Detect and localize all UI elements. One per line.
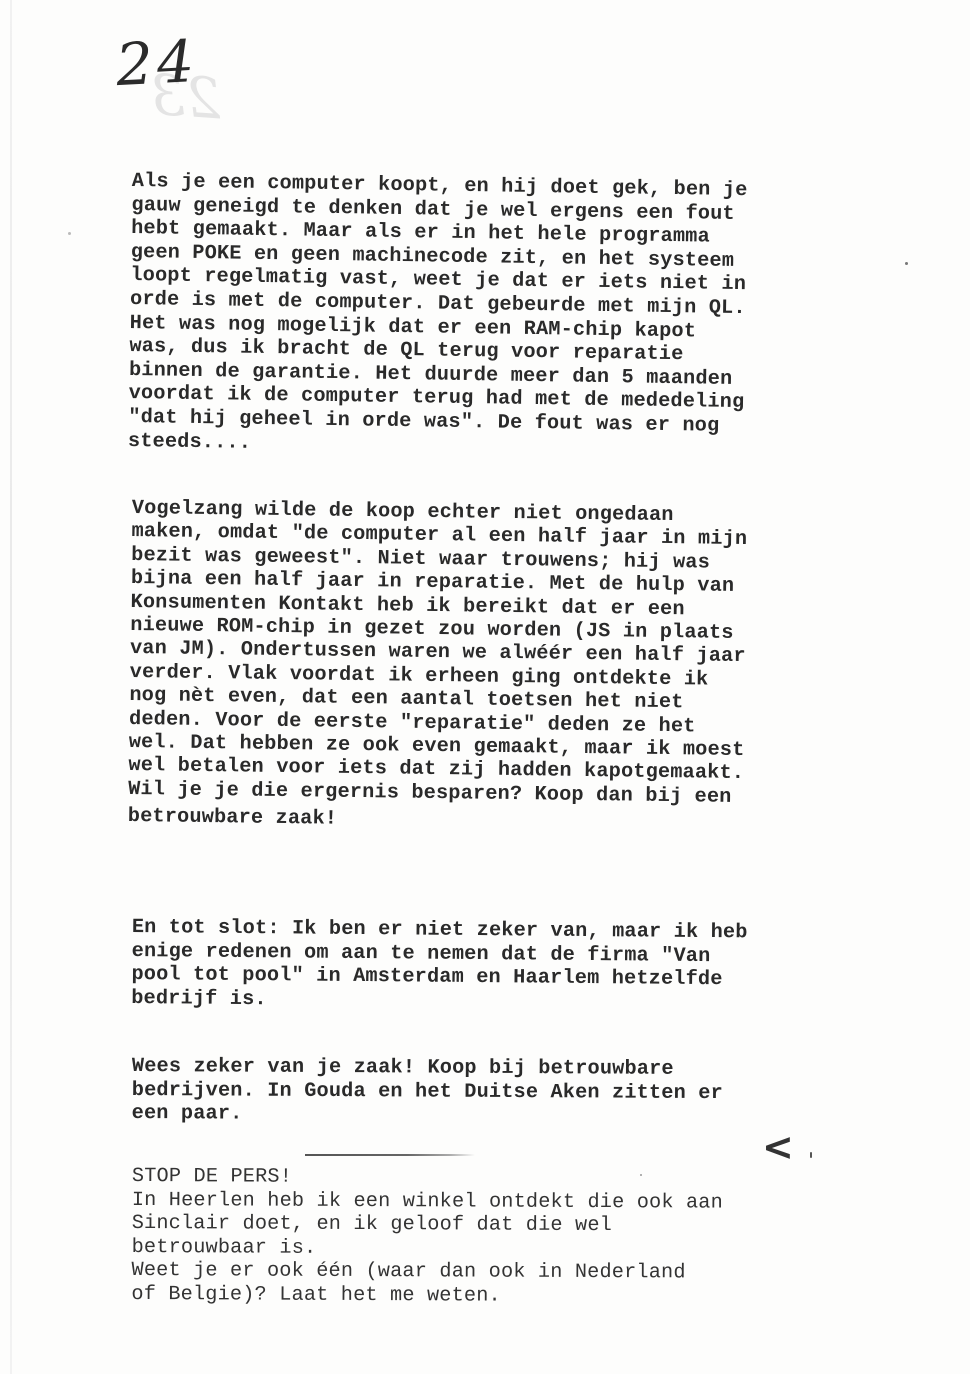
text-line: bedrijf is. (131, 987, 871, 1017)
paper-speck (905, 262, 908, 265)
paragraph-vogelzang: Vogelzang wilde de koop echter niet onge… (128, 497, 872, 838)
paragraph-complaint-intro: Als je een computer koopt, en hij doet g… (128, 170, 872, 464)
text-line: Wees zeker van je zaak! Koop bij betrouw… (132, 1055, 872, 1082)
paper-edge (10, 0, 12, 1374)
text-line: Sinclair doet, en ik geloof dat die wel (132, 1212, 872, 1239)
page-number: 24 (115, 32, 200, 94)
paper-speck (68, 232, 71, 235)
text-line: bedrijven. In Gouda en het Duitse Aken z… (132, 1079, 872, 1106)
paragraph-advice: Wees zeker van je zaak! Koop bij betrouw… (132, 1055, 872, 1130)
text-line: betrouwbare zaak! (128, 805, 868, 838)
text-line: betrouwbaar is. (132, 1236, 872, 1263)
paper-speck (810, 1152, 812, 1158)
text-line: of Belgie)? Laat het me weten. (131, 1283, 871, 1310)
paper-speck (640, 1174, 642, 1176)
paragraph-stop-de-pers: STOP DE PERS! In Heerlen heb ik een wink… (131, 1165, 872, 1310)
section-heading: STOP DE PERS! (132, 1165, 872, 1192)
handwritten-arrow-mark: < (762, 1128, 794, 1166)
document-page: 23 24 Als je een computer koopt, en hij … (0, 0, 970, 1374)
paragraph-conclusion: En tot slot: Ik ben er niet zeker van, m… (131, 916, 872, 1017)
separator-line (305, 1154, 475, 1156)
text-line: Weet je er ook één (waar dan ook in Nede… (131, 1259, 871, 1286)
text-line: In Heerlen heb ik een winkel ontdekt die… (132, 1189, 872, 1216)
text-line: een paar. (132, 1102, 872, 1129)
